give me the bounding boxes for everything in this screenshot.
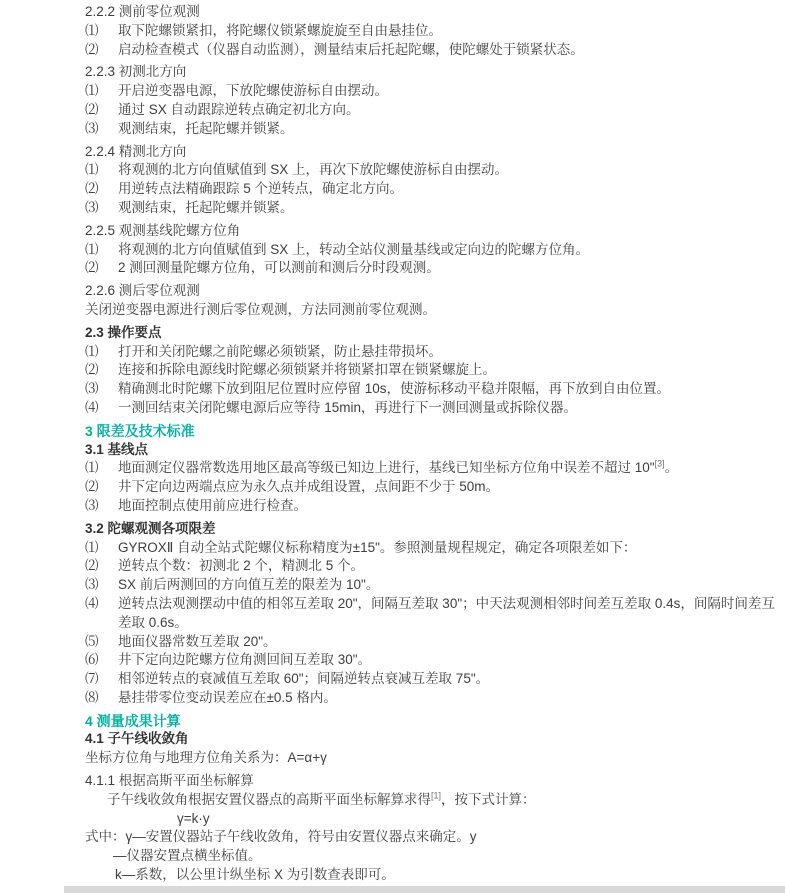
list-item: ⑶精确测北时陀螺下放到阻尼位置时应停留 10s，使游标移动平稳并限幅，再下放到自…: [85, 380, 782, 399]
list-marker: ⑴: [85, 22, 118, 41]
list-item: ⑹井下定向边陀螺方位角测回间互差取 30"。: [85, 651, 782, 670]
list-item: ⑴GYROXⅡ 自动全站式陀螺仪标称精度为±15"。参照测量规程规定，确定各项限…: [85, 539, 782, 558]
paragraph: 式中：γ—安置仪器站子午线收敛角，符号由安置仪器点来确定。y: [85, 828, 782, 847]
paragraph: 子午线收敛角根据安置仪器点的高斯平面坐标解算求得[1]，按下式计算：: [85, 791, 782, 810]
list-item: ⑵连接和拆除电源线时陀螺必须锁紧并将锁紧扣罩在锁紧螺旋上。: [85, 361, 782, 380]
subsection-heading: 3.2 陀螺观测各项限差: [85, 520, 782, 539]
list-item: ⑴开启逆变器电源，下放陀螺使游标自由摆动。: [85, 82, 782, 101]
list-item: ⑵井下定向边两端点应为永久点并成组设置，点间距不少于 50m。: [85, 478, 782, 497]
list-item-text: 一测回结束关闭陀螺电源后应等待 15min，再进行下一测回测量或拆除仪器。: [118, 399, 782, 418]
list-item-text: GYROXⅡ 自动全站式陀螺仪标称精度为±15"。参照测量规程规定，确定各项限差…: [118, 539, 782, 558]
list-item-text: 精确测北时陀螺下放到阻尼位置时应停留 10s，使游标移动平稳并限幅，再下放到自由…: [118, 380, 782, 399]
list-marker: ⑵: [85, 478, 118, 497]
list-item: ⑶SX 前后两测回的方向值互差的限差为 10"。: [85, 576, 782, 595]
list-marker: ⑵: [85, 557, 118, 576]
list-marker: ⑴: [85, 459, 118, 478]
list-item-text: 相邻逆转点的衰减值互差取 60"；间隔逆转点衰减互差取 75"。: [118, 670, 782, 689]
list-item-text: 将观测的北方向值赋值到 SX 上，再次下放陀螺使游标自由摆动。: [118, 161, 782, 180]
list-item-text: 悬挂带零位变动误差应在±0.5 格内。: [118, 689, 782, 708]
list-marker: ⑶: [85, 497, 118, 516]
list-item: ⑴将观测的北方向值赋值到 SX 上，转动全站仪测量基线或定向边的陀螺方位角。: [85, 241, 782, 260]
list-marker: ⑵: [85, 361, 118, 380]
list-item: ⑶观测结束，托起陀螺并锁紧。: [85, 199, 782, 218]
list-item-text: 地面测定仪器常数选用地区最高等级已知边上进行，基线已知坐标方位角中误差不超过 1…: [118, 459, 782, 478]
subsubsection-heading: 2.2.3 初测北方向: [85, 63, 782, 82]
list-item: ⑷一测回结束关闭陀螺电源后应等待 15min，再进行下一测回测量或拆除仪器。: [85, 399, 782, 418]
list-marker: ⑶: [85, 199, 118, 218]
list-item: ⑶观测结束，托起陀螺并锁紧。: [85, 120, 782, 139]
list-item-text: 观测结束，托起陀螺并锁紧。: [118, 120, 782, 139]
list-item-text: 连接和拆除电源线时陀螺必须锁紧并将锁紧扣罩在锁紧螺旋上。: [118, 361, 782, 380]
list-marker: ⑵: [85, 259, 118, 278]
citation-superscript: [1]: [431, 790, 441, 800]
list-item-text: 观测结束，托起陀螺并锁紧。: [118, 199, 782, 218]
list-marker: ⑺: [85, 670, 118, 689]
list-item-text: 用逆转点法精确跟踪 5 个逆转点，确定北方向。: [118, 180, 782, 199]
list-item-text: 逆转点法观测摆动中值的相邻互差取 20"，间隔互差取 30"；中天法观测相邻时间…: [118, 595, 782, 633]
list-item-text: 开启逆变器电源，下放陀螺使游标自由摆动。: [118, 82, 782, 101]
list-item-text: 将观测的北方向值赋值到 SX 上，转动全站仪测量基线或定向边的陀螺方位角。: [118, 241, 782, 260]
subsubsection-heading: 2.2.5 观测基线陀螺方位角: [85, 222, 782, 241]
list-item: ⑻悬挂带零位变动误差应在±0.5 格内。: [85, 689, 782, 708]
citation-superscript: [3]: [655, 459, 665, 469]
text-run: 。: [665, 460, 679, 475]
subsubsection-heading: 2.2.6 测后零位观测: [85, 282, 782, 301]
text-run: ，按下式计算：: [441, 792, 536, 807]
list-item-text: 2 测回测量陀螺方位角，可以测前和测后分时段观测。: [118, 259, 782, 278]
section-heading: 3 限差及技术标准: [85, 422, 782, 441]
paragraph: 坐标方位角与地理方位角关系为：A=α+γ: [85, 749, 782, 768]
list-marker: ⑷: [85, 595, 118, 614]
horizontal-scrollbar-thumb[interactable]: [64, 886, 785, 893]
list-item: ⑶地面控制点使用前应进行检查。: [85, 497, 782, 516]
list-item: ⑴将观测的北方向值赋值到 SX 上，再次下放陀螺使游标自由摆动。: [85, 161, 782, 180]
list-marker: ⑴: [85, 241, 118, 260]
formula-line: γ=k·y: [85, 810, 782, 829]
list-item: ⑸地面仪器常数互差取 20"。: [85, 633, 782, 652]
subsubsection-heading: 2.2.4 精测北方向: [85, 143, 782, 162]
list-marker: ⑹: [85, 651, 118, 670]
list-item: ⑵启动检查模式（仪器自动监测），测量结束后托起陀螺，使陀螺处于锁紧状态。: [85, 41, 782, 60]
list-item-text: 逆转点个数：初测北 2 个，精测北 5 个。: [118, 557, 782, 576]
document-body: 2.2.2 测前零位观测⑴取下陀螺锁紧扣，将陀螺仪锁紧螺旋旋至自由悬挂位。⑵启动…: [85, 3, 782, 885]
text-run: 子午线收敛角根据安置仪器点的高斯平面坐标解算求得: [107, 792, 431, 807]
section-heading: 4 测量成果计算: [85, 712, 782, 731]
list-marker: ⑶: [85, 576, 118, 595]
list-item-text: 通过 SX 自动跟踪逆转点确定初北方向。: [118, 101, 782, 120]
paragraph: 关闭逆变器电源进行测后零位观测，方法同测前零位观测。: [85, 301, 782, 320]
list-marker: ⑶: [85, 120, 118, 139]
list-item-text: 地面仪器常数互差取 20"。: [118, 633, 782, 652]
list-item-text: 打开和关闭陀螺之前陀螺必须锁紧，防止悬挂带损坏。: [118, 343, 782, 362]
list-marker: ⑴: [85, 82, 118, 101]
list-item: ⑴取下陀螺锁紧扣，将陀螺仪锁紧螺旋旋至自由悬挂位。: [85, 22, 782, 41]
list-item: ⑵通过 SX 自动跟踪逆转点确定初北方向。: [85, 101, 782, 120]
subsection-heading: 2.3 操作要点: [85, 324, 782, 343]
list-marker: ⑶: [85, 380, 118, 399]
list-item: ⑺相邻逆转点的衰减值互差取 60"；间隔逆转点衰减互差取 75"。: [85, 670, 782, 689]
text-run: 地面测定仪器常数选用地区最高等级已知边上进行，基线已知坐标方位角中误差不超过 1…: [118, 460, 655, 475]
list-marker: ⑴: [85, 161, 118, 180]
list-marker: ⑸: [85, 633, 118, 652]
list-item-text: 启动检查模式（仪器自动监测），测量结束后托起陀螺，使陀螺处于锁紧状态。: [118, 41, 782, 60]
list-marker: ⑴: [85, 539, 118, 558]
list-marker: ⑷: [85, 399, 118, 418]
list-item-text: 取下陀螺锁紧扣，将陀螺仪锁紧螺旋旋至自由悬挂位。: [118, 22, 782, 41]
list-marker: ⑵: [85, 180, 118, 199]
list-marker: ⑵: [85, 41, 118, 60]
page: { "page": { "background": "#ffffff", "te…: [0, 0, 785, 893]
list-item: ⑷逆转点法观测摆动中值的相邻互差取 20"，间隔互差取 30"；中天法观测相邻时…: [85, 595, 782, 633]
list-marker: ⑻: [85, 689, 118, 708]
subsection-heading: 3.1 基线点: [85, 441, 782, 460]
list-item-text: SX 前后两测回的方向值互差的限差为 10"。: [118, 576, 782, 595]
list-item-text: 地面控制点使用前应进行检查。: [118, 497, 782, 516]
subsubsection-heading: 2.2.2 测前零位观测: [85, 3, 782, 22]
list-item: ⑴地面测定仪器常数选用地区最高等级已知边上进行，基线已知坐标方位角中误差不超过 …: [85, 459, 782, 478]
paragraph: —仪器安置点横坐标值。: [85, 847, 782, 866]
list-item-text: 井下定向边陀螺方位角测回间互差取 30"。: [118, 651, 782, 670]
paragraph: k—系数，以公里计纵坐标 X 为引数查表即可。: [85, 866, 782, 885]
list-item-text: 井下定向边两端点应为永久点并成组设置，点间距不少于 50m。: [118, 478, 782, 497]
list-marker: ⑵: [85, 101, 118, 120]
subsection-heading: 4.1 子午线收敛角: [85, 730, 782, 749]
list-item: ⑵2 测回测量陀螺方位角，可以测前和测后分时段观测。: [85, 259, 782, 278]
list-item: ⑴打开和关闭陀螺之前陀螺必须锁紧，防止悬挂带损坏。: [85, 343, 782, 362]
list-item: ⑵用逆转点法精确跟踪 5 个逆转点，确定北方向。: [85, 180, 782, 199]
list-item: ⑵逆转点个数：初测北 2 个，精测北 5 个。: [85, 557, 782, 576]
list-marker: ⑴: [85, 343, 118, 362]
subsubsection-heading: 4.1.1 根据高斯平面坐标解算: [85, 772, 782, 791]
